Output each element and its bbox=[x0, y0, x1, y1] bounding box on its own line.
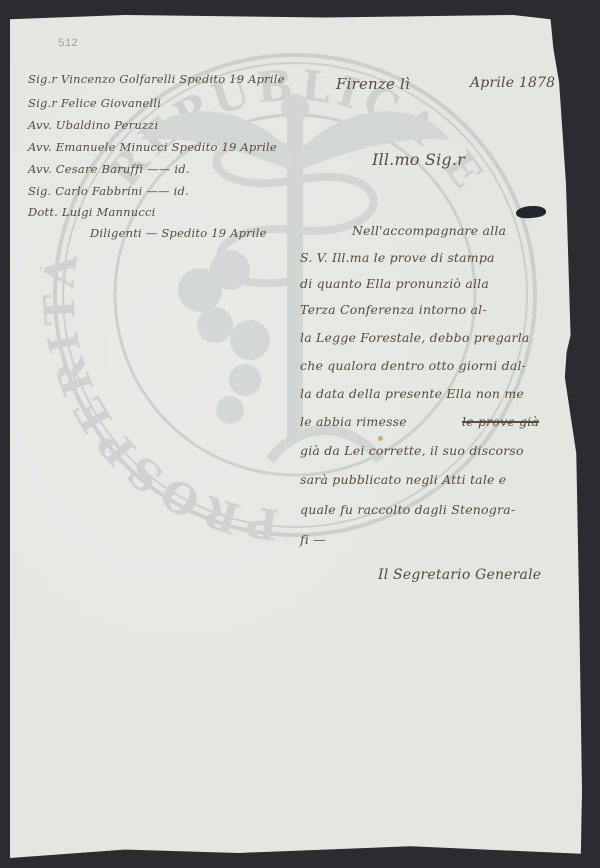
body-line: sarà pubblicato negli Atti tale e bbox=[300, 472, 506, 487]
body-line: la data della presente Ella non me bbox=[300, 386, 524, 401]
recipient-line: Diligenti — Spedito 19 Aprile bbox=[90, 226, 267, 240]
body-line: Nell'accompagnare alla bbox=[352, 223, 506, 238]
body-line: che qualora dentro otto giorni dal- bbox=[300, 358, 526, 373]
foxing-spot bbox=[378, 436, 383, 441]
body-line: la Legge Forestale, debbo pregarla bbox=[300, 330, 530, 345]
body-line: le abbia rimesse bbox=[300, 414, 407, 429]
recipient-line: Sig. Carlo Fabbrini —— id. bbox=[28, 184, 189, 198]
recipient-line: Avv. Ubaldino Peruzzi bbox=[28, 118, 158, 132]
struck-text: le prove già bbox=[462, 414, 539, 429]
salutation: Ill.mo Sig.r bbox=[372, 150, 465, 169]
archive-number: 512 bbox=[58, 38, 78, 50]
signature: Il Segretario Generale bbox=[378, 567, 541, 583]
body-line: quale fu raccolto dagli Stenogra- bbox=[300, 502, 515, 517]
body-line: S. V. Ill.ma le prove di stampa bbox=[300, 250, 495, 265]
recipient-line: Sig.r Vincenzo Golfarelli Spedito 19 Apr… bbox=[28, 72, 285, 86]
body-line: fi — bbox=[300, 532, 326, 547]
dateline-date: Aprile 1878 bbox=[470, 75, 555, 91]
dateline-place: Firenze lì bbox=[336, 75, 410, 93]
body-line: di quanto Ella pronunziò alla bbox=[300, 276, 489, 291]
body-line: Terza Conferenza intorno al- bbox=[300, 302, 487, 317]
recipient-line: Avv. Emanuele Minucci Spedito 19 Aprile bbox=[28, 140, 277, 154]
recipient-line: Sig.r Felice Giovanelli bbox=[28, 96, 161, 110]
recipient-line: Dott. Luigi Mannucci bbox=[28, 205, 156, 219]
body-line: già da Lei corrette, il suo discorso bbox=[300, 443, 524, 458]
recipient-line: Avv. Cesare Baruffi —— id. bbox=[28, 162, 190, 176]
